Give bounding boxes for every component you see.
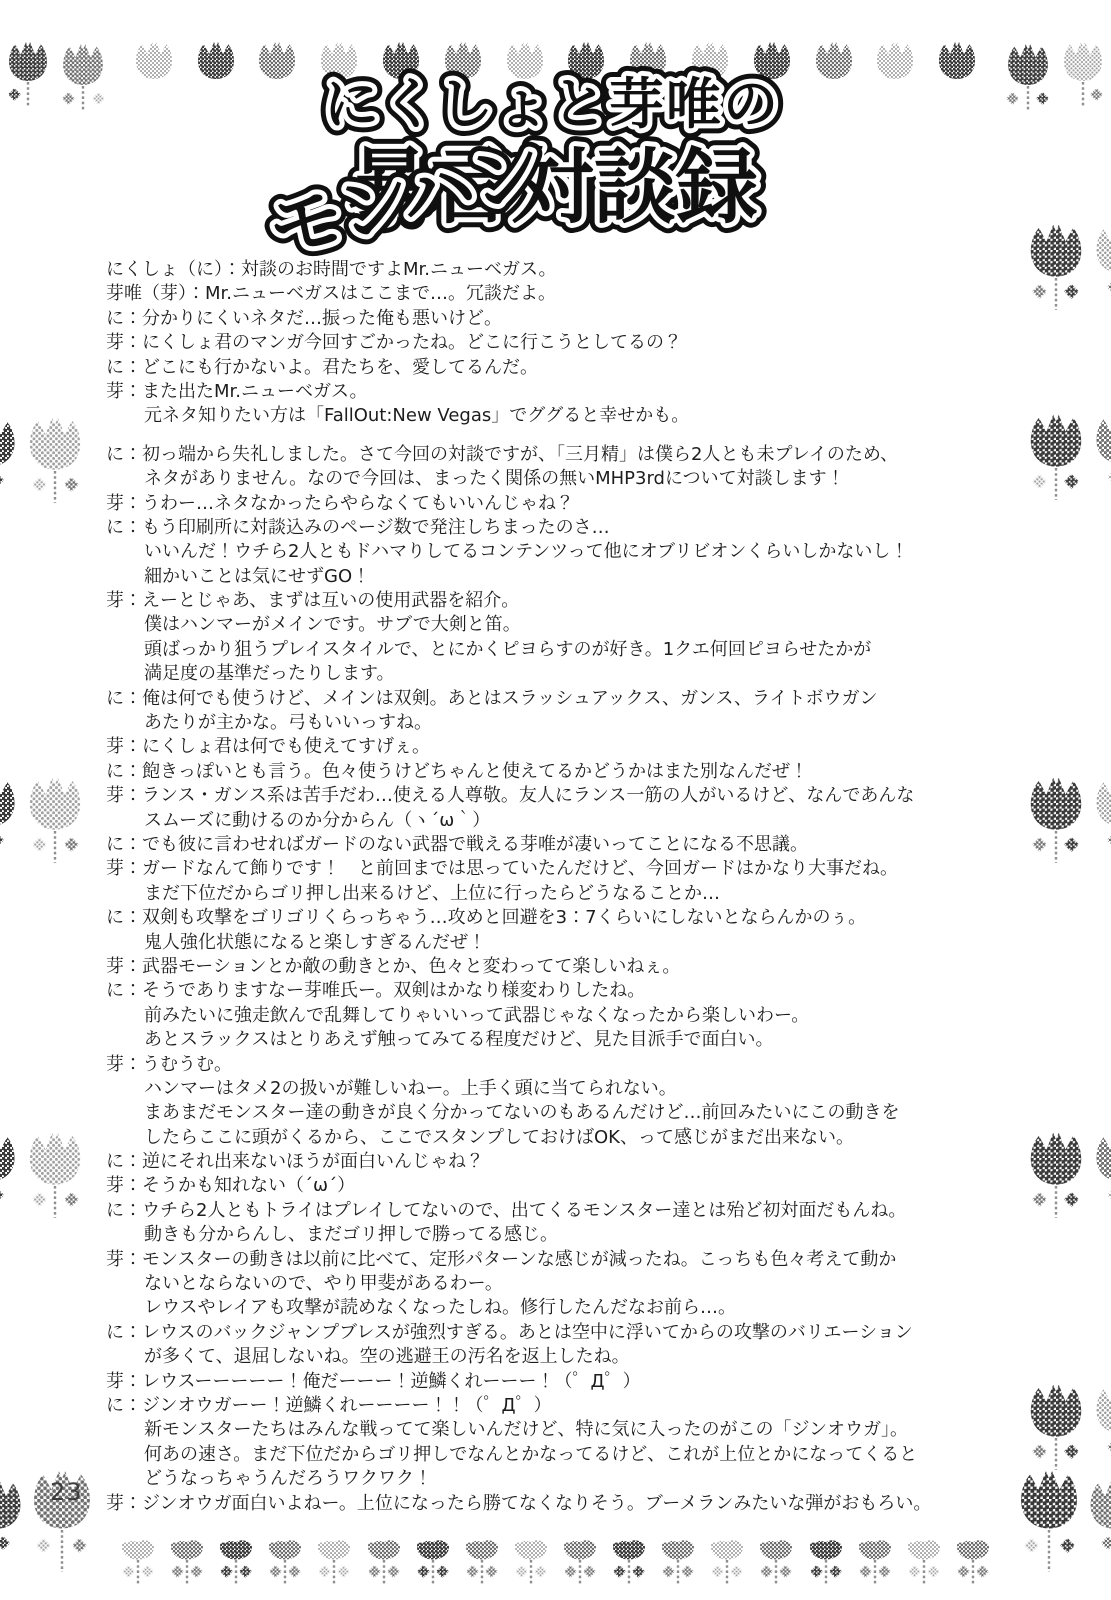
left-flower-cluster [0,1130,102,1256]
fan-flower-icon [462,1538,502,1594]
dialog-line: 芽：にくしょ君のマンガ今回すごかったね。どこに行こうとしてるの？ [106,331,1019,355]
dialog-line: 芽唯（芽）：Mr.ニューベガスはここまで…。冗談だよ。 [106,282,1019,306]
dialog-line: スムーズに動けるのか分からん（ヽ´ω｀） [106,809,1019,833]
dialog-line: に：初っ端から失礼しました。さて今回の対談ですが、「三月精」は僕ら2人とも未プレ… [106,443,1019,467]
tulip-icon [196,40,236,80]
dialog-line: に：俺は何でも使うけど、メインは双剣。あとはスラッシュアックス、ガンス、ライトボ… [106,687,1019,711]
tulip-pair-icon [1009,775,1111,901]
dialog-line: 何あの速さ。まだ下位だからゴリ押しでなんとかなってるけど、これが上位とかになって… [106,1443,1019,1467]
dialog-line: 僕はハンマーがメインです。サブで大剣と笛。 [106,613,1019,637]
dialog-line: 芽：うわー…ネタなかったらやらなくてもいいんじゃね？ [106,492,1019,516]
dialog-line: 満足度の基準だったりします。 [106,662,1019,686]
fan-flower-icon [265,1538,305,1594]
fan-flower-icon [658,1538,698,1594]
dialog-line: 前みたいに強走飲んで乱舞してりゃいいって武器じゃなくなったから楽しいわー。 [106,1004,1019,1028]
fan-flower-icon [413,1538,453,1594]
dialog-line: 芽：ジンオウガ面白いよねー。上位になったら勝てなくなりそう。ブーメランみたいな弾… [106,1492,1019,1516]
dialog-line: 元ネタ知りたい方は「FallOut:New Vegas」でググると幸せかも。 [106,404,1019,428]
dialog-line: 新モンスターたちはみんな戦ってて楽しいんだけど、特に気に入ったのがこの「ジンオウ… [106,1418,1019,1442]
dialog-line: まだ下位だからゴリ押し出来るけど、上位に行ったらどうなることか… [106,882,1019,906]
tulip-pair-icon [0,1130,102,1256]
dialog-line: あたりが主かな。弓もいいっすね。 [106,711,1019,735]
dialog-line: したらここに頭がくるから、ここでスタンプしておけばOK、って感じがまだ出来ない。 [106,1126,1019,1150]
dialog-line: 細かいことは気にせずGO！ [106,565,1019,589]
tulip-pair-icon [0,415,102,541]
page-number: 23 [50,1478,83,1506]
dialog-line: 動きも分からんし、まだゴリ押しで勝ってる感じ。 [106,1223,1019,1247]
fan-flower-icon [756,1538,796,1594]
tulip-pair-icon [1009,222,1111,348]
dialog-line: レウスやレイアも攻撃が読めなくなったしね。修行したんだなお前ら…。 [106,1296,1019,1320]
dialog-line: 芽：また出たMr.ニューベガス。 [106,380,1019,404]
dialog-line: が多くて、退屈しないね。空の逃避王の汚名を返上したね。 [106,1345,1019,1369]
dialog-line: に：もう印刷所に対談込みのページ数で発注しちまったのさ… [106,516,1019,540]
dialog-line: ハンマーはタメ2の扱いが難しいねー。上手く頭に当てられない。 [106,1077,1019,1101]
fan-flower-icon [904,1538,944,1594]
dialog-line: 芽：武器モーションとか敵の動きとか、色々と変わってて楽しいねぇ。 [106,955,1019,979]
fan-flower-icon [806,1538,846,1594]
fan-flower-icon [167,1538,207,1594]
dialog-line: まあまだモンスター達の動きが良く分かってないのもあるんだけど…前回みたいにこの動… [106,1101,1019,1125]
dialog-line: にくしょ（に）：対談のお時間ですよMr.ニューベガス。 [106,258,1019,282]
dialog-line: に：ジンオウガーー！逆鱗くれーーーー！！（゜Д゜） [106,1394,1019,1418]
dialog-line: に：飽きっぽいとも言う。色々使うけどちゃんと使えてるかどうかはまた別なんだぜ！ [106,760,1019,784]
fan-flower-icon [314,1538,354,1594]
tulip-corner-cluster-icon [999,40,1107,120]
tulip-icon [875,40,915,80]
right-flower-cluster [1009,775,1111,901]
dialog-line: に：双剣も攻撃をゴリゴリくらっちゃう…攻めと回避を3：7くらいにしないとならんか… [106,906,1019,930]
right-flower-cluster [1009,412,1111,538]
dialog-line: 芽：うむうむ。 [106,1053,1019,1077]
title-logo-svg: にくしょと芽唯の にくしょと芽唯の にくしょと芽唯の 暴言対談録 暴言対談録 暴… [268,60,868,270]
dialog-line: に：ウチら2人ともトライはプレイしてないので、出てくるモンスター達とは殆ど初対面… [106,1199,1019,1223]
tulip-pair-icon [0,775,102,901]
dialog-line: 芽：ガードなんて飾りです！ と前回までは思っていたんだけど、今回ガードはかなり大… [106,857,1019,881]
right-flower-cluster [1009,1130,1111,1256]
dialog-line: 頭ばっかり狙うプレイスタイルで、とにかくピヨらすのが好き。1クエ何回ピヨらせたか… [106,638,1019,662]
dialog-line: どうなっちゃうんだろうワクワク！ [106,1467,1019,1491]
left-flower-cluster [0,415,102,541]
dialog-line: に：分かりにくいネタだ…振った俺も悪いけど。 [106,307,1019,331]
dialog-line: ネタがありません。なので今回は、まったく関係の無いMHP3rdについて対談します… [106,467,1019,491]
fan-flower-icon [511,1538,551,1594]
dialog-line: あとスラックスはとりあえず触ってみてる程度だけど、見た目派手で面白い。 [106,1028,1019,1052]
fan-flower-icon [216,1538,256,1594]
right-flower-cluster [1009,222,1111,348]
dialog-line: に：でも彼に言わせればガードのない武器で戦える芽唯が凄いってことになる不思議。 [106,833,1019,857]
fan-flower-icon [560,1538,600,1594]
fan-flower-icon [364,1538,404,1594]
dialog-line: 鬼人強化状態になると楽しすぎるんだぜ！ [106,931,1019,955]
dialog-line: 芽：えーとじゃあ、まずは互いの使用武器を紹介。 [106,589,1019,613]
dialog-line: 芽：そうかも知れない（´ω´） [106,1174,1019,1198]
dialog-line: 芽：ランス・ガンス系は苦手だわ…使える人尊敬。友人にランス一筋の人がいるけど、な… [106,784,1019,808]
title-logo: にくしょと芽唯の にくしょと芽唯の にくしょと芽唯の 暴言対談録 暴言対談録 暴… [268,60,868,270]
dialog-line: に：どこにも行かないよ。君たちを、愛してるんだ。 [106,356,1019,380]
left-flower-cluster [0,775,102,901]
dialog-line: ないとならないので、やり甲斐があるわー。 [106,1272,1019,1296]
dialog-line: いいんだ！ウチら2人ともドハマりしてるコンテンツって他にオブリビオンくらいしかな… [106,540,1019,564]
tulip-pair-icon [1009,1130,1111,1256]
dialog-line: 芽：レウスーーーーー！俺だーーー！逆鱗くれーーー！（゜Д゜） [106,1370,1019,1394]
dialog-text: にくしょ（に）：対談のお時間ですよMr.ニューベガス。芽唯（芽）：Mr.ニューベ… [106,258,1019,1516]
fan-flower-icon [609,1538,649,1594]
tulip-icon [937,40,977,80]
fan-flower-icon [855,1538,895,1594]
dialog-line: に：逆にそれ出来ないほうが面白いんじゃね？ [106,1150,1019,1174]
dialog-line: 芽：にくしょ君は何でも使えてすげぇ。 [106,735,1019,759]
tulip-corner-cluster-icon [4,40,112,120]
title-line-1: にくしょと芽唯の にくしょと芽唯の にくしょと芽唯の [324,72,780,136]
tulip-icon [134,40,174,80]
fan-flower-icon [707,1538,747,1594]
bottom-flower-border [118,1538,993,1594]
svg-text:にくしょと芽唯の: にくしょと芽唯の [324,72,780,136]
dialog-line: に：そうでありますなー芽唯氏ー。双剣はかなり様変わりしたね。 [106,979,1019,1003]
dialog-line: 芽：モンスターの動きは以前に比べて、定形パターンな感じが減ったね。こっちも色々考… [106,1248,1019,1272]
tulip-pair-icon [1009,412,1111,538]
doujin-page: 23 にくしょと芽唯の にくしょと芽唯の にくしょと芽唯の 暴言対談録 暴言対談… [0,0,1111,1600]
dialog-line: に：レウスのバックジャンプブレスが強烈すぎる。あとは空中に浮いてからの攻撃のバリ… [106,1321,1019,1345]
